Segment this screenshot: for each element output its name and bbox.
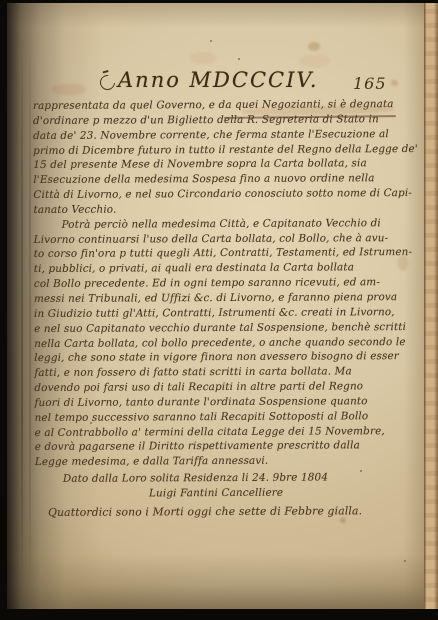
paper-speck [300,176,302,178]
signature-line: Luigi Fantini Cancelliere [35,485,413,502]
manuscript-line: leggi, che sono state in vigore finora n… [34,349,412,366]
paper-speck [90,422,92,424]
manuscript-line: Città di Livorno, e nel suo Circondario … [33,186,411,203]
manuscript-line: d'ordinare p mezzo d'un Biglietto della … [33,112,411,129]
manuscript-text-block: rappresentata da quel Governo, e da quei… [33,97,413,521]
note-line: Quattordici sono i Morti oggi che sette … [35,504,413,521]
photo-border-left [0,0,7,620]
manuscript-line: data de' 23. Novembre corrente, che ferm… [33,127,411,144]
page-number: 165 [353,74,387,93]
photo-border-bottom [0,609,438,620]
manuscript-line: in Giudizio tutti gl'Atti, Contratti, Is… [34,305,412,322]
manuscript-body: rappresentata da quel Governo, e da quei… [33,97,413,470]
paper-stain [308,42,320,51]
manuscript-line: Legge medesima, e dalla Tariffa annessav… [35,453,413,470]
ink-showthrough [300,55,330,67]
header-flourish-icon [97,72,118,93]
paper-speck [210,40,212,42]
manuscript-line: messi nei Tribunali, ed Uffizi &c. di Li… [34,290,412,307]
paper-speck [404,560,406,562]
manuscript-line: Potrà perciò nella medesima Città, e Cap… [34,216,412,233]
paper-stain [340,518,346,523]
paper-speck [238,58,240,60]
manuscript-photo: Anno MDCCCIV. 165 rappresentata da quel … [0,0,438,620]
paper-speck [118,284,120,286]
ink-showthrough [190,52,216,64]
gutter-curve-line [29,27,31,591]
photo-border-top [0,0,438,3]
paper-speck [360,470,362,472]
paper-stain [398,255,408,271]
manuscript-line: fuori di Livorno, tanto durante l'ordina… [34,394,412,411]
gutter-curve-line [21,27,23,591]
manuscript-line: to corso fin'ora p tutti quegli Atti, Co… [34,245,412,262]
paper-stain [391,80,398,86]
paper-speck [262,372,264,374]
manuscript-line: e nel suo Capitanato vecchio durante tal… [34,320,412,337]
page-title: Anno MDCCCIV. [118,68,319,92]
ink-showthrough [52,84,86,95]
manuscript-line: e dovrà pagarsene il Diritto rispettivam… [35,438,413,455]
